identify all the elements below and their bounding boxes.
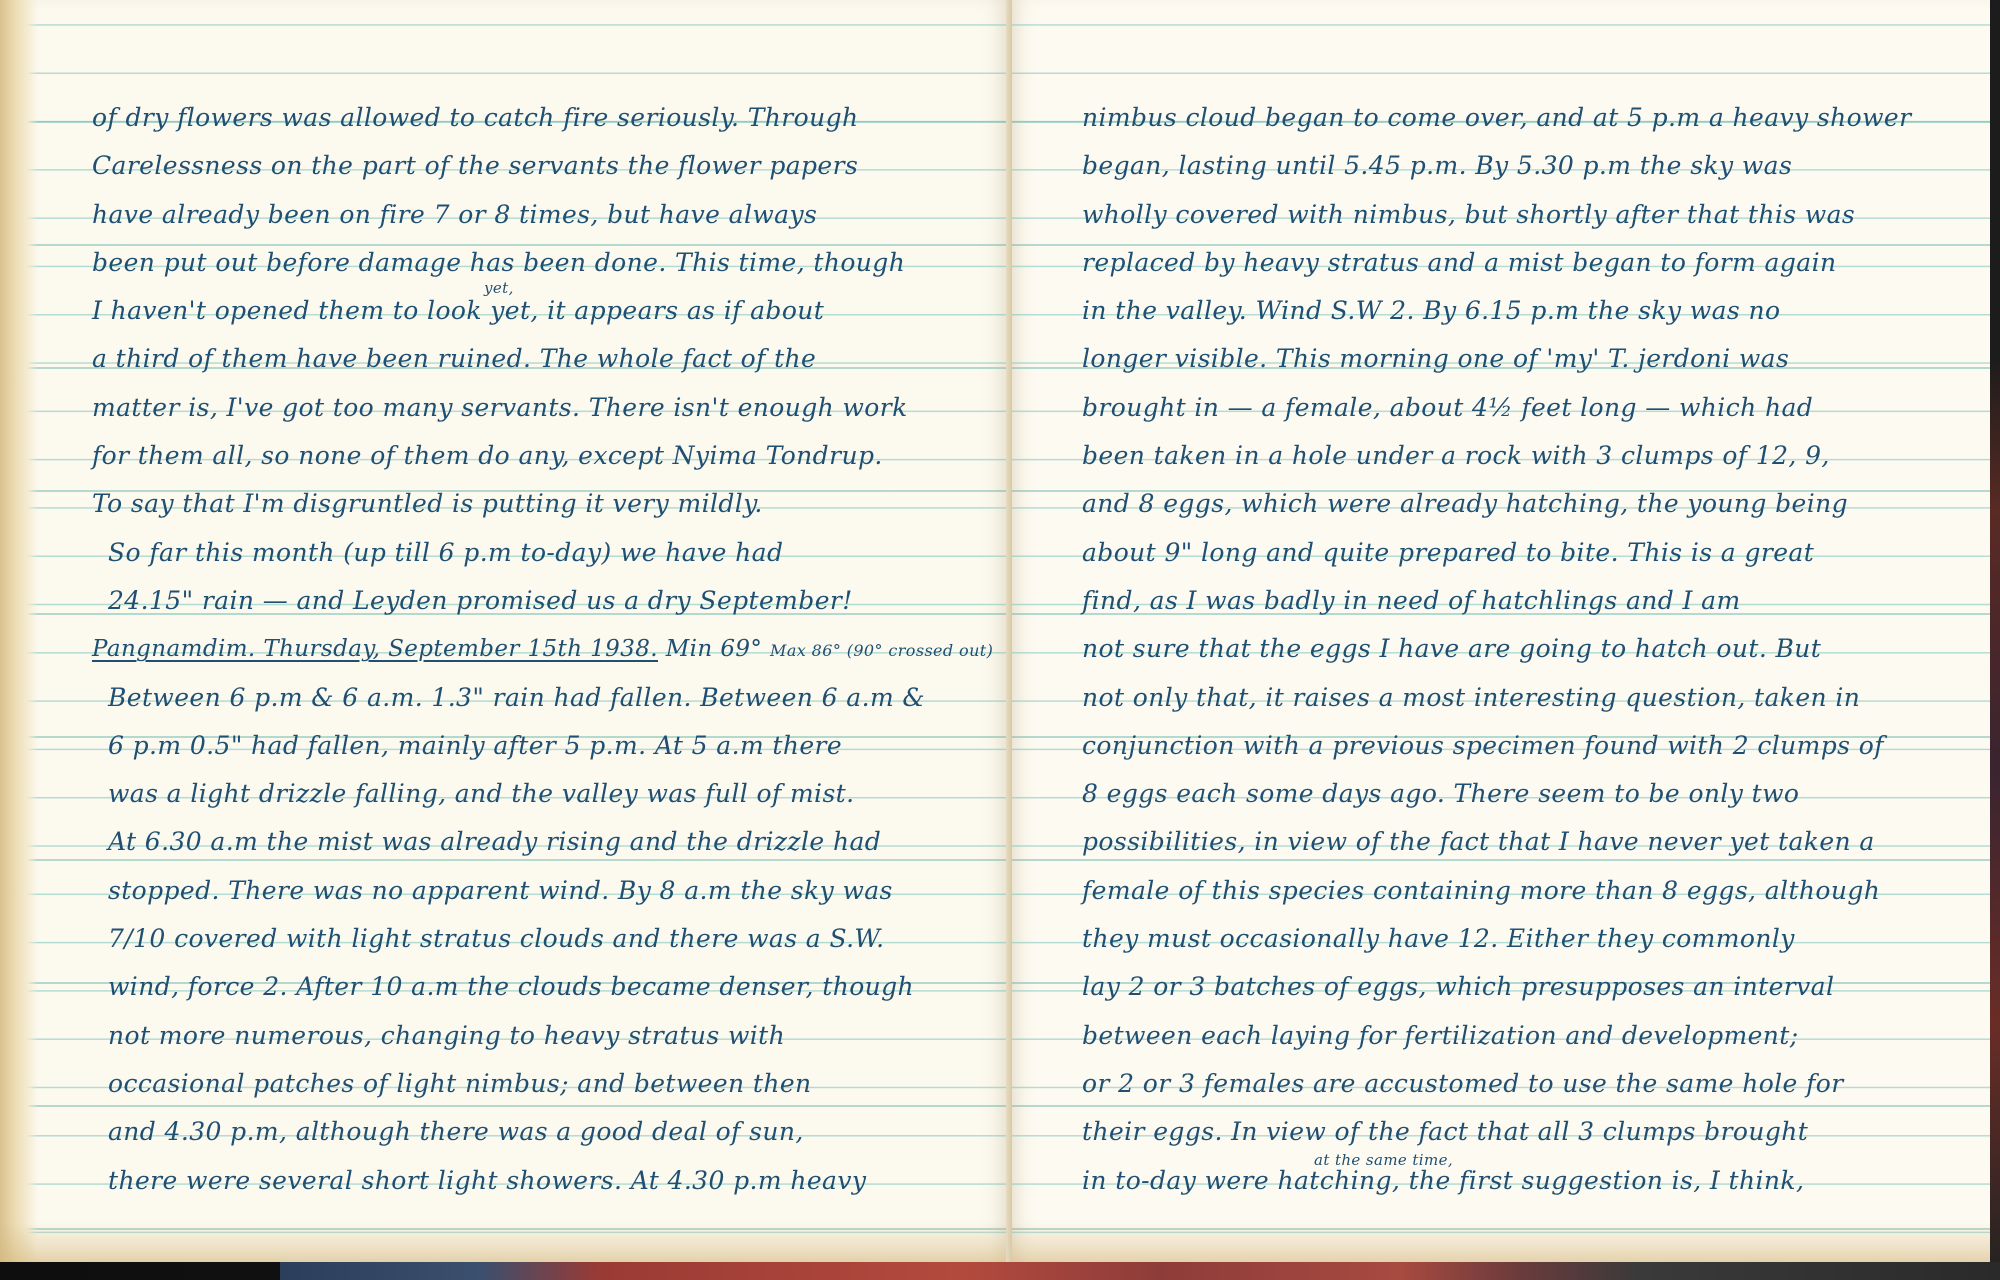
- text-line: between each laying for fertilization an…: [1082, 1012, 1982, 1060]
- book-cover-edge: [1990, 0, 2000, 1280]
- text-line: 24.15" rain — and Leyden promised us a d…: [92, 577, 992, 625]
- min-temp: Min 69°: [666, 636, 763, 662]
- water-stain: [0, 1222, 1012, 1262]
- text-line: matter is, I've got too many servants. T…: [92, 384, 992, 432]
- text-line-with-insertion: I haven't opened them to look yet, it ap…: [92, 287, 992, 335]
- text-line: was a light drizzle falling, and the val…: [92, 770, 992, 818]
- text-line: conjunction with a previous specimen fou…: [1082, 722, 1982, 770]
- text-line: or 2 or 3 females are accustomed to use …: [1082, 1060, 1982, 1108]
- text-line: Between 6 p.m & 6 a.m. 1.3" rain had fal…: [92, 674, 992, 722]
- text-line: a third of them have been ruined. The wh…: [92, 335, 992, 383]
- text-line: been put out before damage has been done…: [92, 239, 992, 287]
- text-line: about 9" long and quite prepared to bite…: [1082, 529, 1982, 577]
- text-line: stopped. There was no apparent wind. By …: [92, 867, 992, 915]
- text-line: female of this species containing more t…: [1082, 867, 1982, 915]
- text-line: replaced by heavy stratus and a mist beg…: [1082, 239, 1982, 287]
- text-line: brought in — a female, about 4½ feet lon…: [1082, 384, 1982, 432]
- text-line: not only that, it raises a most interest…: [1082, 674, 1982, 722]
- text-line: for them all, so none of them do any, ex…: [92, 432, 992, 480]
- text-line: began, lasting until 5.45 p.m. By 5.30 p…: [1082, 142, 1982, 190]
- text-line: in to-day were hatching, the first sugge…: [1082, 1166, 1804, 1195]
- page-edge-stain: [0, 0, 38, 1262]
- text-line: they must occasionally have 12. Either t…: [1082, 915, 1982, 963]
- text-line: their eggs. In view of the fact that all…: [1082, 1108, 1982, 1156]
- text-line: not more numerous, changing to heavy str…: [92, 1012, 992, 1060]
- text-line: of dry flowers was allowed to catch fire…: [92, 94, 992, 142]
- text-line: wholly covered with nimbus, but shortly …: [1082, 191, 1982, 239]
- text-line: Carelessness on the part of the servants…: [92, 142, 992, 190]
- text-line: possibilities, in view of the fact that …: [1082, 818, 1982, 866]
- text-line: been taken in a hole under a rock with 3…: [1082, 432, 1982, 480]
- text-line: 8 eggs each some days ago. There seem to…: [1082, 770, 1982, 818]
- text-line: there were several short light showers. …: [92, 1157, 992, 1205]
- text-line: find, as I was badly in need of hatchlin…: [1082, 577, 1982, 625]
- text-line-with-insertion: in to-day were hatching, the first sugge…: [1082, 1157, 1982, 1205]
- text-line: in the valley. Wind S.W 2. By 6.15 p.m t…: [1082, 287, 1982, 335]
- entry-place-date: Pangnamdim. Thursday, September 15th 193…: [92, 636, 658, 662]
- entry-heading: Pangnamdim. Thursday, September 15th 193…: [92, 625, 992, 673]
- text-line: occasional patches of light nimbus; and …: [92, 1060, 992, 1108]
- text-line: So far this month (up till 6 p.m to-day)…: [92, 529, 992, 577]
- water-stain: [1012, 1222, 1990, 1262]
- text-line: nimbus cloud began to come over, and at …: [1082, 94, 1982, 142]
- insertion-note: yet,: [484, 281, 514, 296]
- insertion-note: at the same time,: [1314, 1153, 1453, 1168]
- text-line: have already been on fire 7 or 8 times, …: [92, 191, 992, 239]
- text-line: not sure that the eggs I have are going …: [1082, 625, 1982, 673]
- text-line: longer visible. This morning one of 'my'…: [1082, 335, 1982, 383]
- max-temp: Max 86° (90° crossed out): [770, 641, 993, 660]
- text-line: 6 p.m 0.5" had fallen, mainly after 5 p.…: [92, 722, 992, 770]
- text-line: I haven't opened them to look yet, it ap…: [92, 296, 824, 325]
- right-page-text: nimbus cloud began to come over, and at …: [1082, 94, 1982, 1205]
- marbled-page-edge: [0, 1262, 2000, 1280]
- text-line: 7/10 covered with light stratus clouds a…: [92, 915, 992, 963]
- text-line: At 6.30 a.m the mist was already rising …: [92, 818, 992, 866]
- left-page-text: of dry flowers was allowed to catch fire…: [92, 94, 992, 1205]
- text-line: To say that I'm disgruntled is putting i…: [92, 480, 992, 528]
- left-page: of dry flowers was allowed to catch fire…: [0, 0, 1012, 1262]
- text-line: lay 2 or 3 batches of eggs, which presup…: [1082, 963, 1982, 1011]
- text-line: wind, force 2. After 10 a.m the clouds b…: [92, 963, 992, 1011]
- text-line: and 4.30 p.m, although there was a good …: [92, 1108, 992, 1156]
- notebook-spread: of dry flowers was allowed to catch fire…: [0, 0, 1990, 1262]
- text-line: and 8 eggs, which were already hatching,…: [1082, 480, 1982, 528]
